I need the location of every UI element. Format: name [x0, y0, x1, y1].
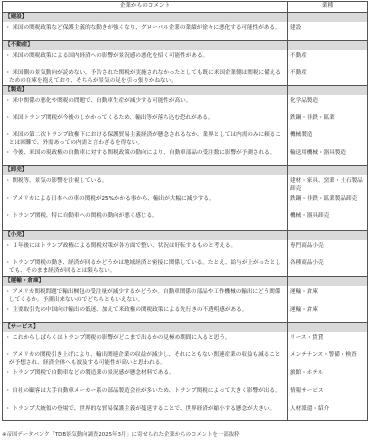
comments-table: 企業からのコメント 業種 【建設】・ 米国の関税政策など保護主義的な動きが強くな…: [2, 1, 368, 421]
comment-cell: ・ 米国トランプ関税が今後のしかかってくるため、輸出等が落ち込む恐れがある。: [3, 112, 288, 129]
table-row: ・ トランプ大統領の登場で、世界的な貿易保護主義が蔓延することで、世界経済が縮小…: [3, 403, 368, 420]
industry-cell: 運輸・倉庫: [288, 286, 368, 304]
section-title: 【運輸・倉庫】: [3, 276, 288, 286]
section-title: 【建設】: [3, 13, 288, 23]
table-row: ・ 米国の関税政策による国内経済への影響が景況感の悪化を招く可能性がある。不動産: [3, 50, 368, 67]
section-industry-blank: [288, 13, 368, 23]
industry-cell: 運輸・倉庫: [288, 304, 368, 323]
table-row: ・ これからしばらくはトランプ関税の影響がどこまで出るかの見極め期間に入ると思う…: [3, 332, 368, 349]
comment-cell: ・ トランプ関税の動き、経済が回るかどうかは地域経済と密接に関係している。たとえ…: [3, 257, 288, 276]
comment-cell: ・ 米国側の景気動向が読めない。予告された関税が実施されなかったとしても既に米国…: [3, 67, 288, 86]
industry-cell: 建材・家具、窯業・土石製品卸売: [288, 175, 368, 193]
table-row: ・ 今後、米国の現政権の自動車に対する関税政策の動向により、自動車部品の受注数に…: [3, 147, 368, 165]
table-row: ・ １年後にはトランプ政権による関税対策が各方面で整い、状況は好転するものと考え…: [3, 240, 368, 257]
document: 企業からのコメント 業種 【建設】・ 米国の関税政策など保護主義的な動きが強くな…: [0, 0, 370, 442]
section-industry-blank: [288, 276, 368, 286]
industry-cell: 人材派遣・紹介: [288, 403, 368, 420]
comment-cell: ・ 主要取引先の中国向け輸出の低迷、加えて米政権の関税政策による先行きの不透明感…: [3, 304, 288, 323]
table-header-row: 企業からのコメント 業種: [3, 2, 368, 13]
comment-cell: ・ 米中関係の悪化や関税の問題で、自動車生産が減少する可能性が高い。: [3, 95, 288, 112]
industry-cell: 鉄鋼・非鉄・鉱業: [288, 112, 368, 129]
header-industry: 業種: [288, 2, 368, 13]
section-industry-blank: [288, 40, 368, 50]
industry-cell: 鉄鋼・非鉄・鉱業製品卸売: [288, 193, 368, 210]
section-title: 【不動産】: [3, 40, 288, 50]
industry-cell: 不動産: [288, 67, 368, 86]
industry-cell: 旅館・ホテル: [288, 367, 368, 385]
industry-cell: メンテナンス・警備・検査: [288, 349, 368, 367]
comment-cell: ・ トランプ関税、特に自動車への関税の動向が悪く感じる。: [3, 210, 288, 231]
table-row: ・ 米国の関税政策など保護主義的な動きが強くなり、グローバル企業の業績が徐々に悪…: [3, 22, 368, 40]
table-row: ・ 主要取引先の中国向け輸出の低迷、加えて米政権の関税政策による先行きの不透明感…: [3, 304, 368, 323]
comment-cell: ・ アメリカによる日本への車の関税が25%かかる事から、輸出が大幅に減少する。: [3, 193, 288, 210]
comment-cell: ・ 米国の関税政策など保護主義的な動きが強くなり、グローバル企業の業績が徐々に悪…: [3, 22, 288, 40]
section-header-row: 【建設】: [3, 13, 368, 23]
table-row: ・ 米国トランプ関税が今後のしかかってくるため、輸出等が落ち込む恐れがある。鉄鋼…: [3, 112, 368, 129]
comment-cell: ・ 自社の顧客は大手自動車メーカー系の部品製造会社が多いため、トランプ関税によっ…: [3, 385, 288, 403]
industry-cell: 不動産: [288, 50, 368, 67]
industry-cell: 各種商品小売: [288, 257, 368, 276]
table-row: ・ 米中関係の悪化や関税の問題で、自動車生産が減少する可能性が高い。化学品製造: [3, 95, 368, 112]
comment-cell: ・ 今後、米国の現政権の自動車に対する関税政策の動向により、自動車部品の受注数に…: [3, 147, 288, 165]
section-title: 【卸売】: [3, 165, 288, 175]
section-industry-blank: [288, 165, 368, 175]
section-industry-blank: [288, 323, 368, 333]
comment-cell: ・ １年後にはトランプ政権による関税対策が各方面で整い、状況は好転するものと考え…: [3, 240, 288, 257]
table-row: ・ 自社の顧客は大手自動車メーカー系の部品製造会社が多いため、トランプ関税によっ…: [3, 385, 368, 403]
comment-cell: ・ これからしばらくはトランプ関税の影響がどこまで出るかの見極め期間に入ると思う…: [3, 332, 288, 349]
table-row: ・ 米国の第二次トランプ政権下における保護貿易主義経済が懸念されるなか、業界とし…: [3, 129, 368, 147]
table-row: ・ 米国側の景気動向が読めない。予告された関税が実施されなかったとしても既に米国…: [3, 67, 368, 86]
section-industry-blank: [288, 86, 368, 96]
industry-cell: 機械・器具卸売: [288, 210, 368, 231]
section-header-row: 【運輸・倉庫】: [3, 276, 368, 286]
section-industry-blank: [288, 231, 368, 241]
footnote: ※帝国データバンク「TDB景気動向調査2025年3月」に寄せられた企業からのコメ…: [2, 430, 240, 438]
industry-cell: 輸送用機械・器具製造: [288, 147, 368, 165]
industry-cell: 化学品製造: [288, 95, 368, 112]
section-title: 【製造】: [3, 86, 288, 96]
table-body: 【建設】・ 米国の関税政策など保護主義的な動きが強くなり、グローバル企業の業績が…: [3, 13, 368, 421]
industry-cell: 機械製造: [288, 129, 368, 147]
industry-cell: 建設: [288, 22, 368, 40]
table-row: ・ アメリカの関税引き上げにより、輸出関連企業の収益が減少し、それにともない関連…: [3, 349, 368, 367]
comment-cell: ・ 関税等、景気の影響を注視している。: [3, 175, 288, 193]
section-header-row: 【不動産】: [3, 40, 368, 50]
table-row: ・ トランプ関税、特に自動車への関税の動向が悪く感じる。機械・器具卸売: [3, 210, 368, 231]
comment-cell: ・ 米国の第二次トランプ政権下における保護貿易主義経済が懸念されるなか、業界とし…: [3, 129, 288, 147]
section-header-row: 【サービス】: [3, 323, 368, 333]
comment-cell: ・ トランプ関税で自動車などの製造業の景況感が懸念材料である。: [3, 367, 288, 385]
industry-cell: 情報サービス: [288, 385, 368, 403]
comment-cell: ・ 米国の関税政策による国内経済への影響が景況感の悪化を招く可能性がある。: [3, 50, 288, 67]
section-title: 【サービス】: [3, 323, 288, 333]
table-row: ・ トランプ関税の動き、経済が回るかどうかは地域経済と密接に関係している。たとえ…: [3, 257, 368, 276]
section-header-row: 【卸売】: [3, 165, 368, 175]
comment-cell: ・ アメリカ関税問題で輸出梱包の受注量が減少するかどうか。自動車関係の部品や工作…: [3, 286, 288, 304]
header-comment: 企業からのコメント: [3, 2, 288, 13]
industry-cell: リース・賃貸: [288, 332, 368, 349]
table-row: ・ アメリカによる日本への車の関税が25%かかる事から、輸出が大幅に減少する。鉄…: [3, 193, 368, 210]
table-row: ・ トランプ関税で自動車などの製造業の景況感が懸念材料である。旅館・ホテル: [3, 367, 368, 385]
section-header-row: 【小売】: [3, 231, 368, 241]
industry-cell: 専門商品小売: [288, 240, 368, 257]
comment-cell: ・ アメリカの関税引き上げにより、輸出関連企業の収益が減少し、それにともない関連…: [3, 349, 288, 367]
section-title: 【小売】: [3, 231, 288, 241]
section-header-row: 【製造】: [3, 86, 368, 96]
table-row: ・ アメリカ関税問題で輸出梱包の受注量が減少するかどうか。自動車関係の部品や工作…: [3, 286, 368, 304]
comment-cell: ・ トランプ大統領の登場で、世界的な貿易保護主義が蔓延することで、世界経済が縮小…: [3, 403, 288, 420]
table-row: ・ 関税等、景気の影響を注視している。建材・家具、窯業・土石製品卸売: [3, 175, 368, 193]
